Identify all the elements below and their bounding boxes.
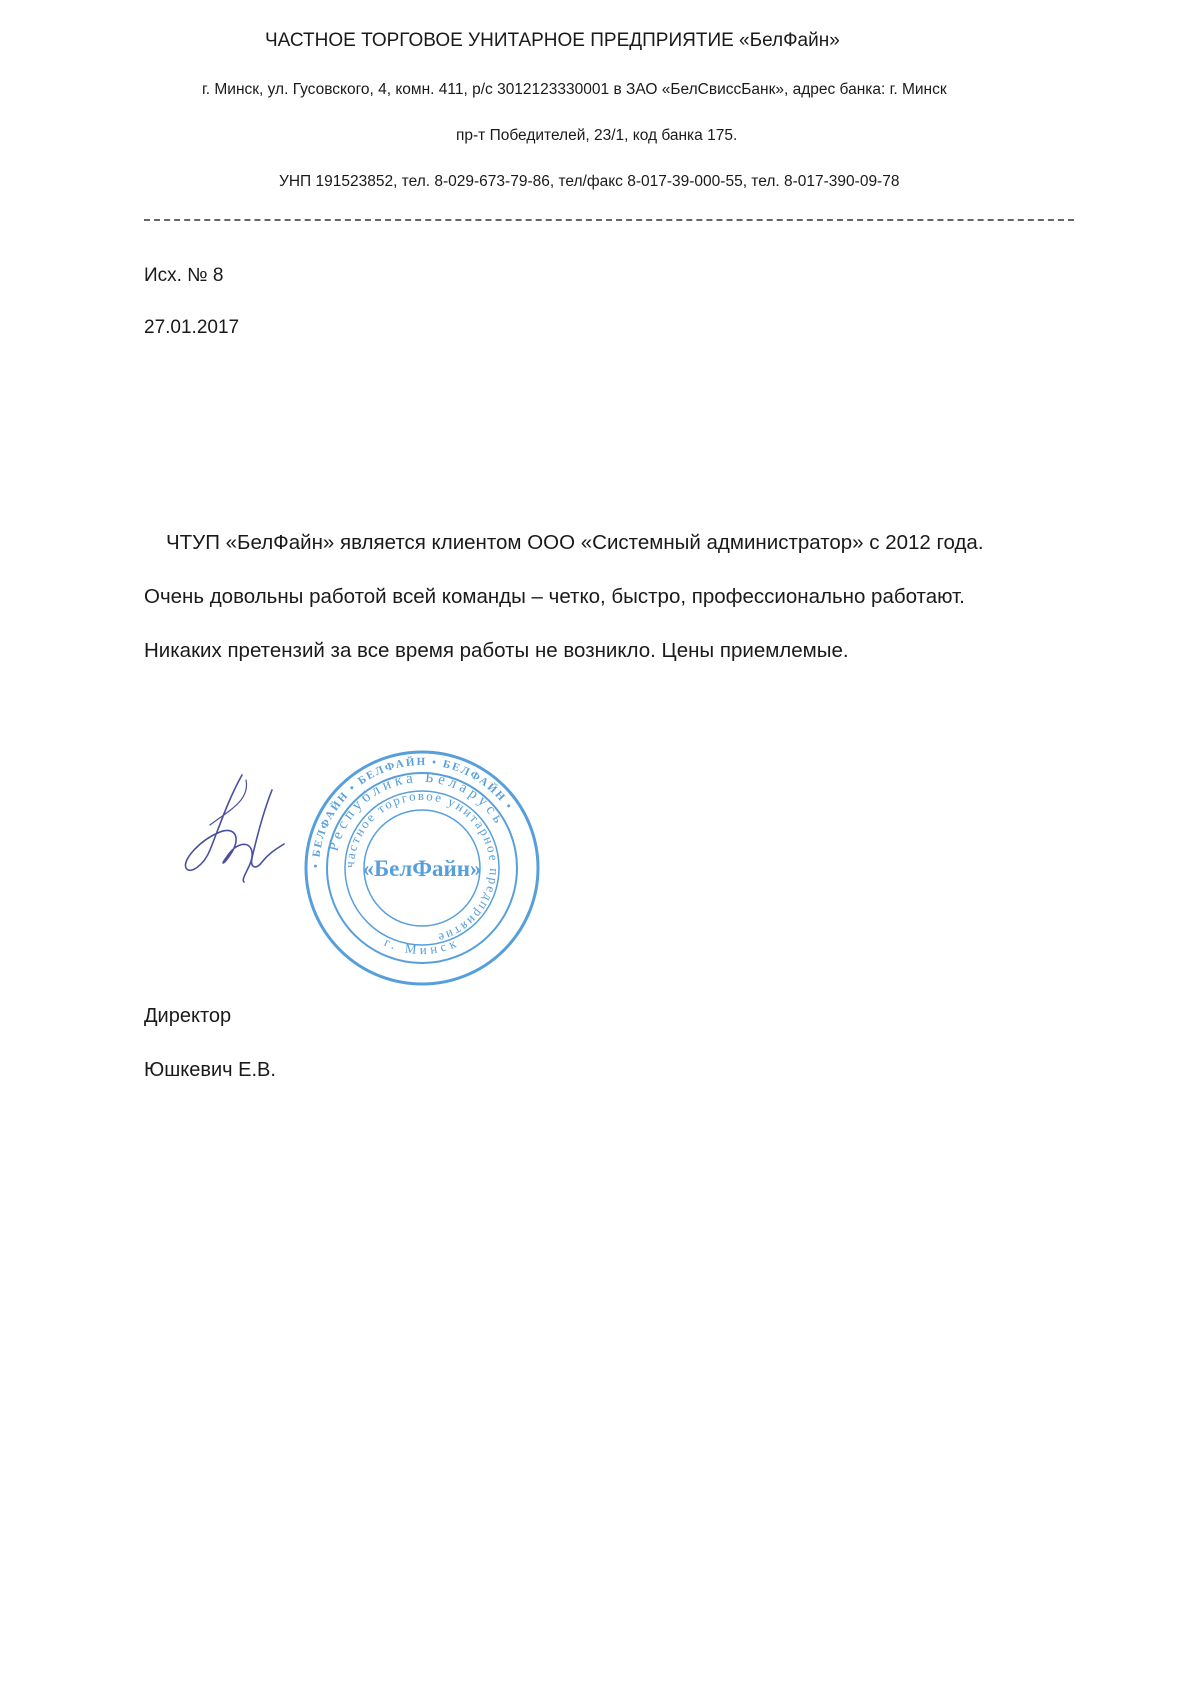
outgoing-reference: Исх. № 8 [144,265,223,287]
bank-address: пр-т Победителей, 23/1, код банка 175. [0,127,1200,145]
signatory-name: Юшкевич Е.В. [144,1059,276,1082]
body-paragraph-2: Очень довольны работой всей команды – че… [144,585,965,609]
company-seal: • БЕЛФАЙН • БЕЛФАЙН • БЕЛФАЙН • Республи… [302,748,542,988]
registration-contacts: УНП 191523852, тел. 8-029-673-79-86, тел… [0,173,1200,191]
document-date: 27.01.2017 [144,317,239,339]
signatory-role: Директор [144,1005,231,1028]
body-paragraph-1: ЧТУП «БелФайн» является клиентом ООО «Си… [166,531,984,555]
handwritten-signature [180,770,290,890]
company-name: ЧАСТНОЕ ТОРГОВОЕ УНИТАРНОЕ ПРЕДПРИЯТИЕ «… [0,30,1200,52]
stamp-city-text: г. Минск [382,934,462,957]
stamp-center-text: «БелФайн» [362,856,481,881]
company-address: г. Минск, ул. Гусовского, 4, комн. 411, … [0,81,1200,99]
body-paragraph-3: Никаких претензий за все время работы не… [144,639,849,663]
svg-text:г. Минск: г. Минск [382,934,462,957]
letterhead-divider [144,219,1074,221]
